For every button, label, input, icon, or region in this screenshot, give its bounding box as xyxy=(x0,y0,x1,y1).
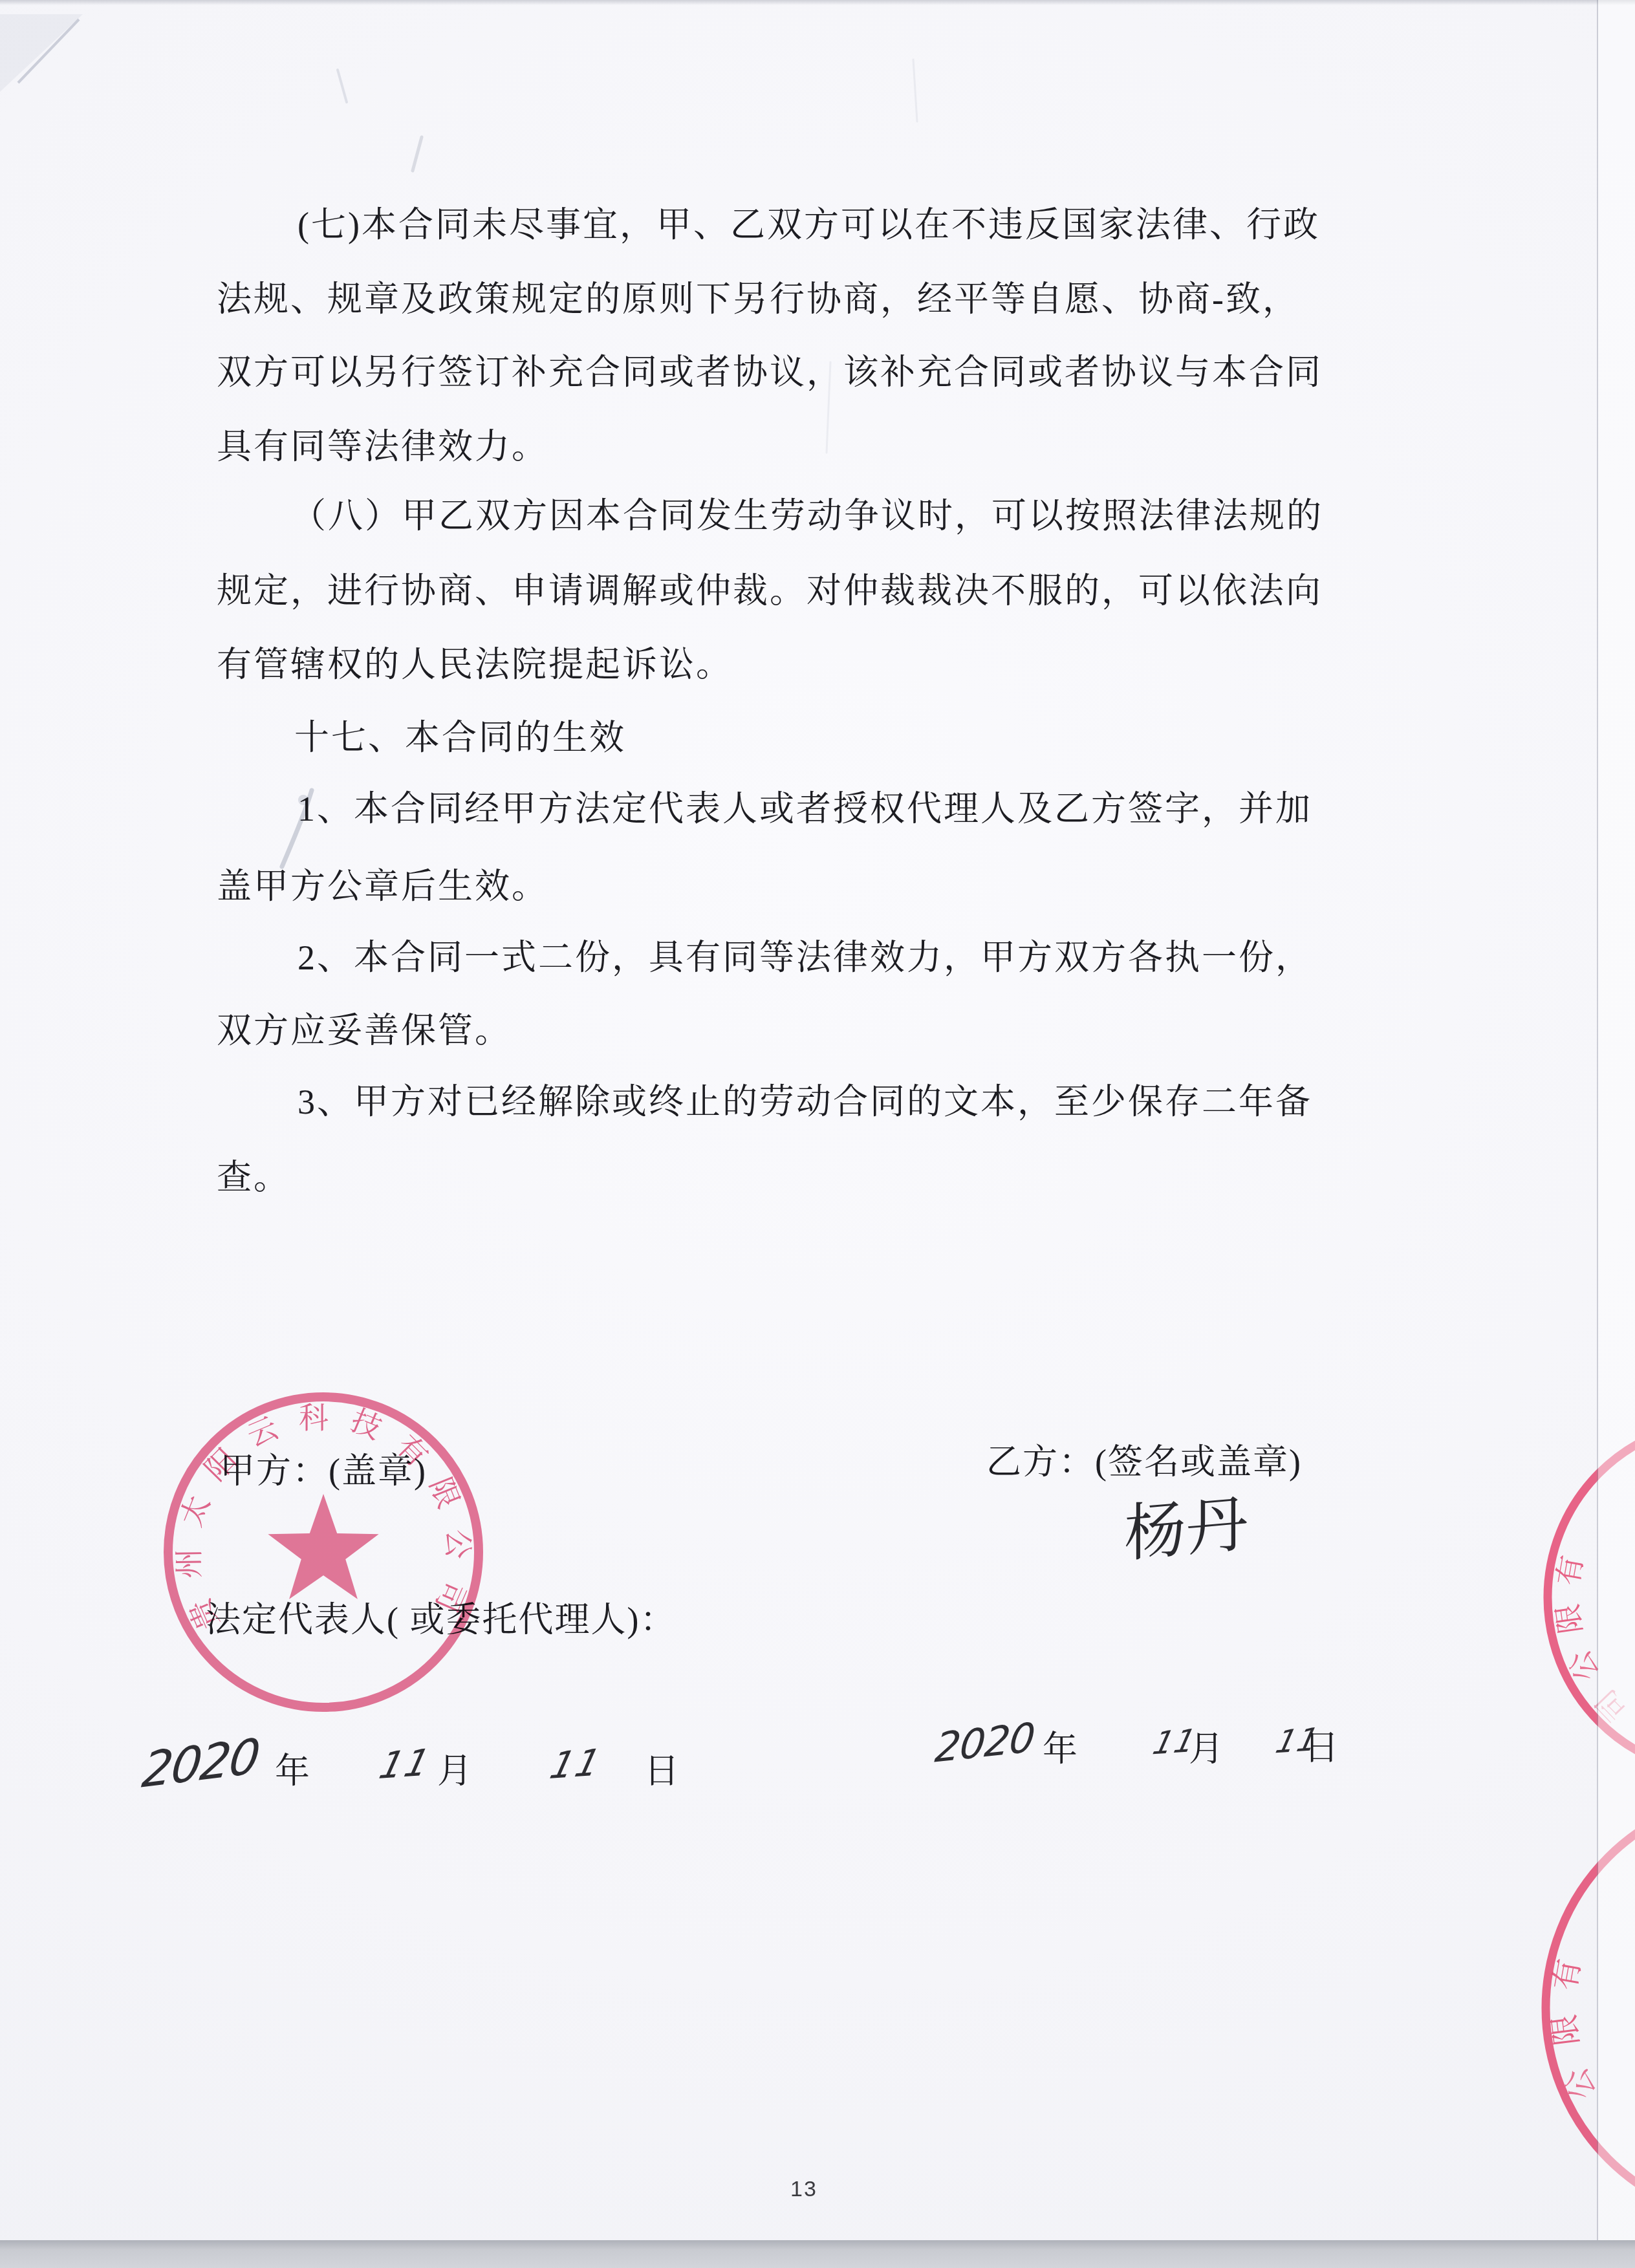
contract-line: 双方可以另行签订补充合同或者协议，该补充合同或者协议与本合同 xyxy=(217,345,1323,394)
stamp-overlay: 贵州太阳云科技有限公司 有 限 公 司 有 限 公 xyxy=(0,0,1635,2268)
date-right-year-unit: 年 xyxy=(1043,1722,1079,1771)
scan-right-edge-zone xyxy=(1598,0,1635,2240)
edge-seal-char: 限 xyxy=(1551,1602,1588,1636)
contract-line: 盖甲方公章后生效。 xyxy=(217,859,548,909)
contract-line: （八）甲乙双方因本合同发生劳动争议时，可以按照法律法规的 xyxy=(291,488,1323,538)
scanner-background-strip xyxy=(0,2240,1635,2268)
date-right-month-unit: 月 xyxy=(1189,1722,1225,1771)
date-left-day-handwritten: 11 xyxy=(546,1742,607,1788)
edge-seal-char: 限 xyxy=(1547,2013,1585,2047)
contract-line: (七)本合同未尽事宜，甲、乙双方可以在不违反国家法律、行政 xyxy=(298,197,1320,247)
contract-line: 2、本合同一式二份，具有同等法律效力，甲方双方各执一份， xyxy=(298,930,1312,980)
date-left-year-handwritten: 2020 xyxy=(139,1728,262,1799)
date-left-day-unit: 日 xyxy=(644,1744,680,1793)
edge-seal-char: 有 xyxy=(1548,1956,1587,1993)
date-right-day-unit: 日 xyxy=(1304,1720,1340,1770)
party-b-label: 乙方：(签名或盖章) xyxy=(986,1434,1302,1484)
star-icon xyxy=(268,1494,378,1599)
date-right-year-handwritten: 2020 xyxy=(933,1713,1037,1771)
legal-rep-label: 法定代表人( 或委托代理人)： xyxy=(206,1592,676,1642)
date-left-year-unit: 年 xyxy=(275,1744,311,1793)
contract-line: 双方应妥善保管。 xyxy=(217,1003,512,1053)
party-b-signature: 杨丹 xyxy=(1124,1474,1248,1573)
contract-line: 查。 xyxy=(217,1150,290,1200)
corner-fold-mark xyxy=(0,14,83,92)
contract-line: 法规、规章及政策规定的原则下另行协商，经平等自愿、协商-致， xyxy=(217,272,1299,321)
page-number: 13 xyxy=(790,2177,817,2202)
contract-line: 有管辖权的人民法院提起诉讼。 xyxy=(217,637,733,687)
scan-top-edge xyxy=(0,0,1635,5)
contract-line: 规定，进行协商、申请调解或仲裁。对仲裁裁决不服的，可以依法向 xyxy=(217,563,1323,613)
scanned-contract-page: (七)本合同未尽事宜，甲、乙双方可以在不违反国家法律、行政 法规、规章及政策规定… xyxy=(0,0,1635,2268)
contract-line: 1、本合同经甲方法定代表人或者授权代理人及乙方签字，并加 xyxy=(298,781,1312,831)
edge-seal-char: 有 xyxy=(1552,1553,1589,1588)
contract-section-heading: 十七、本合同的生效 xyxy=(294,710,626,760)
party-a-label: 甲方：(盖章) xyxy=(220,1443,427,1493)
date-left-month-unit: 月 xyxy=(437,1744,473,1793)
edge-seal-char: 公 xyxy=(1559,2063,1603,2105)
contract-line: 具有同等法律效力。 xyxy=(217,419,548,469)
contract-line: 3、甲方对已经解除或终止的劳动合同的文本，至少保存二年备 xyxy=(298,1074,1312,1124)
date-left-month-handwritten: 11 xyxy=(375,1742,436,1788)
